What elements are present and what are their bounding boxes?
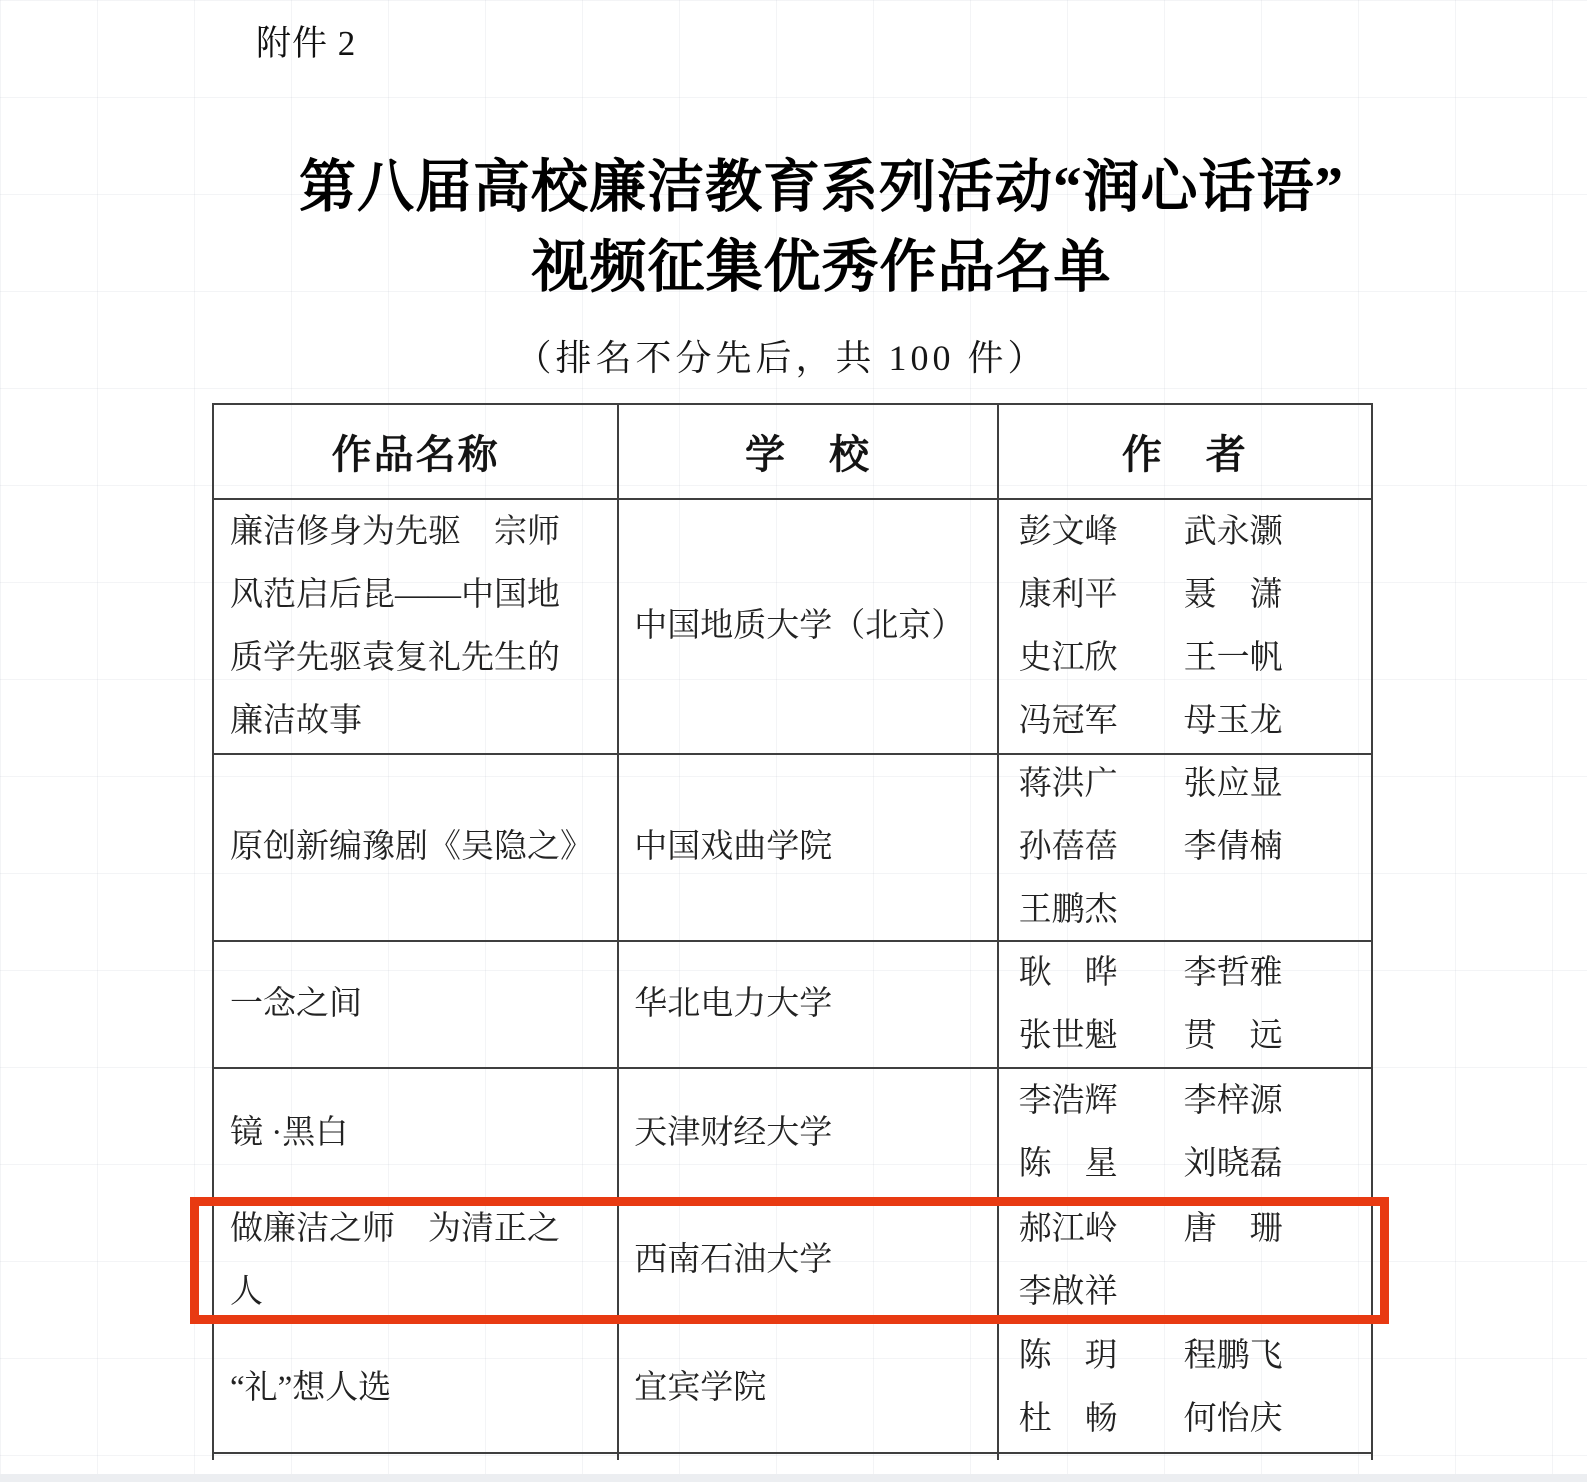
- work-name-cell: 一念之间: [214, 942, 619, 1069]
- author-line: 陈 星 刘晓磊: [1019, 1133, 1367, 1196]
- works-table: 作品名称 学 校 作 者 廉洁修身为先驱 宗师 风范启后昆——中国地 质学先驱袁…: [212, 403, 1373, 1460]
- header-author: 作 者: [999, 405, 1371, 500]
- table-header-row: 作品名称 学 校 作 者: [214, 405, 1371, 500]
- school-name: 中国戏曲学院: [634, 816, 990, 879]
- school-name: 天津财经大学: [634, 1102, 990, 1165]
- author-line: 李啟祥: [1019, 1261, 1367, 1324]
- author-line: 彭文峰 武永灏: [1019, 501, 1367, 564]
- work-name-line: 质学先驱袁复礼先生的: [230, 627, 611, 690]
- school-name: 华北电力大学: [634, 973, 990, 1036]
- school-cell: 西南石油大学: [619, 1199, 998, 1324]
- table-row-highlighted: 做廉洁之师 为清正之 人 西南石油大学 郝江岭 唐 珊 李啟祥: [214, 1199, 1371, 1324]
- authors-cell: 彭文峰 武永灏 康利平 聂 潇 史江欣 王一帆 冯冠军 母玉龙: [999, 500, 1371, 755]
- work-name-cell: 原创新编豫剧《吴隐之》: [214, 755, 619, 942]
- work-name-line: 一念之间: [230, 973, 611, 1036]
- school-name: 宜宾学院: [634, 1357, 990, 1420]
- school-cell: 中国地质大学（北京）: [619, 500, 998, 755]
- author-line: 李浩辉 李梓源: [1019, 1070, 1367, 1133]
- work-name-cell: 做廉洁之师 为清正之 人: [214, 1199, 619, 1324]
- document-title: 第八届高校廉洁教育系列活动“润心话语” 视频征集优秀作品名单: [28, 148, 1587, 308]
- author-line: 耿 晔 李哲雅: [1019, 942, 1367, 1005]
- author-line: 冯冠军 母玉龙: [1019, 690, 1367, 753]
- school-name: 西南石油大学: [634, 1229, 990, 1292]
- page-bottom-edge: [0, 1474, 1587, 1482]
- author-line: 杜 畅 何怡庆: [1019, 1388, 1367, 1451]
- work-name-line: 镜 ·黑白: [230, 1102, 611, 1165]
- authors-cell: [999, 1454, 1371, 1460]
- header-work-name: 作品名称: [214, 405, 619, 500]
- header-school: 学 校: [619, 405, 998, 500]
- author-line: 张世魁 贯 远: [1019, 1005, 1367, 1068]
- authors-cell: 郝江岭 唐 珊 李啟祥: [999, 1199, 1371, 1324]
- authors-cell: 李浩辉 李梓源 陈 星 刘晓磊: [999, 1069, 1371, 1199]
- work-name-line: 做廉洁之师 为清正之: [230, 1198, 611, 1261]
- school-cell: 华北电力大学: [619, 942, 998, 1069]
- authors-cell: 蒋洪广 张应显 孙蓓蓓 李倩楠 王鹏杰: [999, 755, 1371, 942]
- school-cell: [619, 1454, 998, 1460]
- title-line-1: 第八届高校廉洁教育系列活动“润心话语”: [28, 148, 1587, 228]
- author-line: 王鹏杰: [1019, 879, 1367, 942]
- author-line: 蒋洪广 张应显: [1019, 753, 1367, 816]
- author-line: 陈 玥 程鹏飞: [1019, 1325, 1367, 1388]
- work-name-line: 人: [230, 1261, 611, 1324]
- table-row: “礼”想人选 宜宾学院 陈 玥 程鹏飞 杜 畅 何怡庆: [214, 1324, 1371, 1454]
- work-name-cell: 镜 ·黑白: [214, 1069, 619, 1199]
- work-name-line: “礼”想人选: [230, 1357, 611, 1420]
- document-subtitle: （排名不分先后，共 100 件）: [0, 330, 1575, 381]
- document-page: { "page": { "attachment_label": "附件 2", …: [0, 0, 1587, 1482]
- author-line: 孙蓓蓓 李倩楠: [1019, 816, 1367, 879]
- school-cell: 宜宾学院: [619, 1324, 998, 1454]
- work-name-cell: “礼”想人选: [214, 1324, 619, 1454]
- school-cell: 天津财经大学: [619, 1069, 998, 1199]
- school-cell: 中国戏曲学院: [619, 755, 998, 942]
- work-name-line: 廉洁修身为先驱 宗师: [230, 501, 611, 564]
- table-row: 镜 ·黑白 天津财经大学 李浩辉 李梓源 陈 星 刘晓磊: [214, 1069, 1371, 1199]
- authors-cell: 陈 玥 程鹏飞 杜 畅 何怡庆: [999, 1324, 1371, 1454]
- author-line: 康利平 聂 潇: [1019, 564, 1367, 627]
- work-name-line: 原创新编豫剧《吴隐之》: [230, 816, 611, 879]
- school-name: 中国地质大学（北京）: [634, 595, 990, 658]
- work-name-cell: [214, 1454, 619, 1460]
- table-row: 一念之间 华北电力大学 耿 晔 李哲雅 张世魁 贯 远: [214, 942, 1371, 1069]
- table-row: 原创新编豫剧《吴隐之》 中国戏曲学院 蒋洪广 张应显 孙蓓蓓 李倩楠 王鹏杰: [214, 755, 1371, 942]
- table-row: 廉洁修身为先驱 宗师 风范启后昆——中国地 质学先驱袁复礼先生的 廉洁故事 中国…: [214, 500, 1371, 755]
- attachment-label: 附件 2: [256, 16, 356, 66]
- author-line: 郝江岭 唐 珊: [1019, 1198, 1367, 1261]
- table-row-partial: [214, 1454, 1371, 1460]
- author-line: 史江欣 王一帆: [1019, 627, 1367, 690]
- work-name-line: 风范启后昆——中国地: [230, 564, 611, 627]
- work-name-cell: 廉洁修身为先驱 宗师 风范启后昆——中国地 质学先驱袁复礼先生的 廉洁故事: [214, 500, 619, 755]
- authors-cell: 耿 晔 李哲雅 张世魁 贯 远: [999, 942, 1371, 1069]
- title-line-2: 视频征集优秀作品名单: [28, 228, 1587, 308]
- work-name-line: 廉洁故事: [230, 690, 611, 753]
